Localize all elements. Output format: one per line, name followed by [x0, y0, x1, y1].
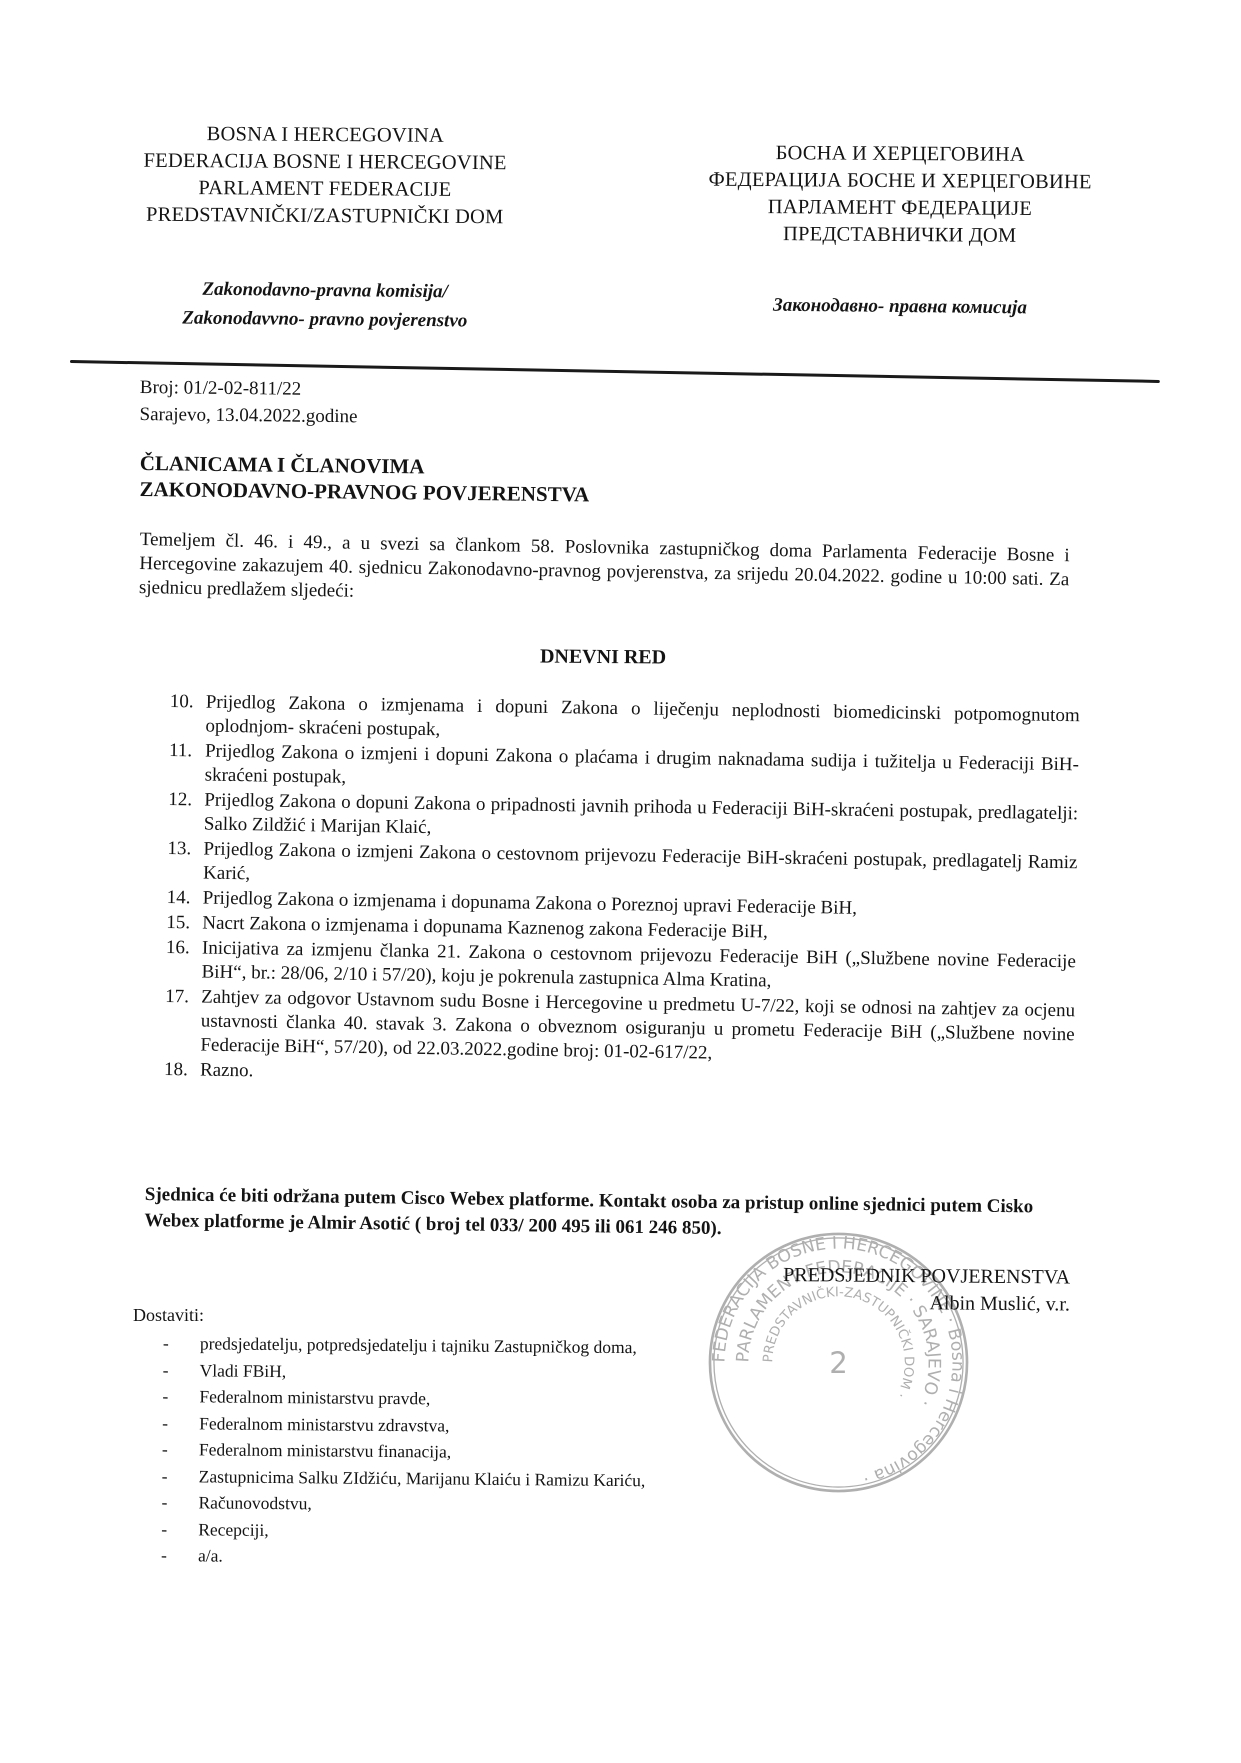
signature-title: PREDSJEDNIK POVJERENSTVA: [730, 1262, 1070, 1292]
agenda-item-number: 11.: [169, 739, 192, 763]
dash-bullet-icon: -: [163, 1330, 169, 1357]
agenda-item-text: Razno.: [200, 1060, 254, 1082]
addressee-line: ZAKONODAVNO-PRAVNOG POVJERENSTVA: [139, 476, 589, 507]
agenda-item-number: 12.: [168, 788, 192, 812]
reference-number: Broj: 01/2-02-811/22: [140, 374, 358, 403]
agenda-item-number: 10.: [170, 690, 194, 714]
signature-name: Albin Muslić, v.r.: [730, 1289, 1070, 1319]
header-line: PARLAMENT FEDERACIJE: [100, 174, 550, 204]
agenda-item-number: 15.: [166, 911, 190, 935]
commission-name-cyrillic: Законодавно- правна комисија: [700, 290, 1100, 323]
delivery-item: -Federalnom ministarstvu pravde,: [159, 1383, 646, 1414]
agenda-title: DNEVNI RED: [540, 645, 666, 669]
header-line: ПРЕДСТАВНИЧКИ ДОМ: [660, 220, 1140, 250]
dash-bullet-icon: -: [162, 1463, 168, 1490]
header-line: ФЕДЕРАЦИЈА БОСНЕ И ХЕРЦЕГОВИНЕ: [660, 166, 1140, 196]
delivery-item: -Federalnom ministarstvu zdravstva,: [159, 1409, 646, 1440]
agenda-item: 17.Zahtjev za odgovor Ustavnom sudu Bosn…: [164, 985, 1075, 1071]
dash-bullet-icon: -: [162, 1436, 168, 1463]
svg-text:2: 2: [829, 1346, 848, 1380]
delivery-label: Dostaviti:: [133, 1305, 204, 1326]
delivery-item: -a/a.: [158, 1542, 645, 1573]
delivery-item: -Federalnom ministarstvu finanacija,: [159, 1436, 646, 1467]
agenda-item-number: 13.: [167, 837, 191, 861]
delivery-item: -predsjedatelju, potpredsjedatelju i taj…: [160, 1330, 647, 1361]
agenda-item-number: 14.: [167, 886, 191, 910]
agenda-item-number: 18.: [164, 1058, 188, 1082]
dash-bullet-icon: -: [162, 1410, 168, 1437]
header-line: БОСНА И ХЕРЦЕГОВИНА: [660, 139, 1140, 169]
intro-paragraph: Temeljem čl. 46. i 49., a u svezi sa čla…: [139, 528, 1070, 616]
agenda-list: 10.Prijedlog Zakona o izmjenama i dopuni…: [164, 690, 1080, 1097]
delivery-item: -Vladi FBiH,: [160, 1356, 647, 1387]
dash-bullet-icon: -: [163, 1357, 169, 1384]
dash-bullet-icon: -: [161, 1542, 167, 1569]
header-line: PREDSTAVNIČKI/ZASTUPNIČKI DOM: [100, 201, 550, 231]
reference-block: Broj: 01/2-02-811/22 Sarajevo, 13.04.202…: [139, 374, 357, 430]
delivery-list: -predsjedatelju, potpredsjedatelju i taj…: [158, 1330, 647, 1573]
commission-line: Zakonodavvno- pravno povjerenstvo: [100, 303, 550, 337]
agenda-item-text: Prijedlog Zakona o izmjenama i dopuni Za…: [205, 692, 1080, 741]
agenda-item-number: 16.: [166, 936, 190, 960]
header-latin: BOSNA I HERCEGOVINA FEDERACIJA BOSNE I H…: [100, 120, 551, 231]
dash-bullet-icon: -: [161, 1489, 167, 1516]
delivery-item: -Zastupnicima Salku ZIdžiću, Marijanu Kl…: [159, 1462, 646, 1493]
header-line: ПАРЛАМЕНТ ФЕДЕРАЦИЈЕ: [660, 193, 1140, 223]
delivery-item: -Računovodstvu,: [158, 1489, 645, 1520]
place-date: Sarajevo, 13.04.2022.godine: [139, 401, 357, 430]
dash-bullet-icon: -: [162, 1383, 168, 1410]
addressee: ČLANICAMA I ČLANOVIMA ZAKONODAVNO-PRAVNO…: [139, 450, 589, 507]
delivery-item: -Recepciji,: [158, 1515, 645, 1546]
dash-bullet-icon: -: [161, 1516, 167, 1543]
agenda-item-text: Zahtjev za odgovor Ustavnom sudu Bosne i…: [200, 987, 1075, 1064]
signature-block: PREDSJEDNIK POVJERENSTVA Albin Muslić, v…: [730, 1262, 1070, 1319]
commission-name-latin: Zakonodavno-pravna komisija/ Zakonodavvn…: [100, 274, 551, 337]
commission-line: Zakonodavno-pravna komisija/: [100, 274, 550, 308]
header-line: BOSNA I HERCEGOVINA: [100, 120, 550, 150]
header-line: FEDERACIJA BOSNE I HERCEGOVINE: [100, 147, 550, 177]
agenda-item-number: 17.: [165, 985, 189, 1009]
header-cyrillic: БОСНА И ХЕРЦЕГОВИНА ФЕДЕРАЦИЈА БОСНЕ И Х…: [660, 139, 1141, 250]
